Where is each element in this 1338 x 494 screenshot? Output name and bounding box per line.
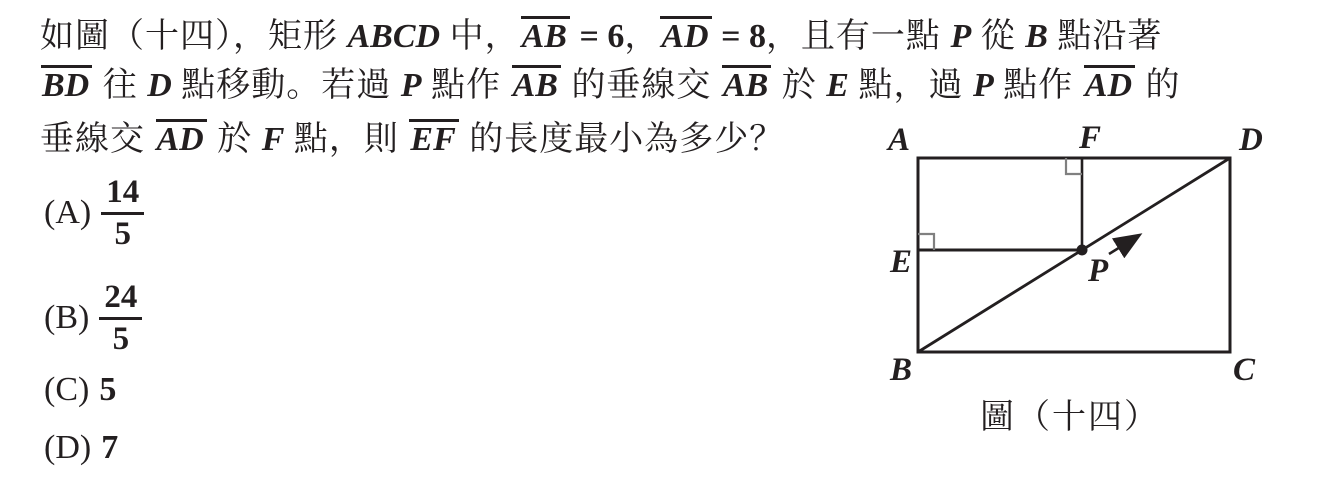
point-p	[1077, 245, 1088, 256]
text-run: ABCD	[348, 18, 441, 55]
text-run: =	[571, 18, 607, 55]
option-a-fraction: 14 5	[101, 176, 144, 251]
segment-notation: AB	[512, 65, 561, 104]
text-run: 8	[749, 18, 766, 55]
fraction-numerator: 24	[99, 281, 142, 317]
text-run: P	[973, 67, 994, 104]
text-run: 於	[772, 67, 826, 104]
diagonal-bd	[918, 158, 1230, 352]
text-run: ，	[624, 18, 659, 55]
problem-line-3: 垂線交 AD 於 F 點，則 EF 的長度最小為多少？	[40, 117, 784, 163]
vertex-label-p: P	[1087, 253, 1109, 289]
vertex-label-c: C	[1233, 352, 1256, 388]
figure-14: A F D E P B C 圖（十四）	[860, 120, 1338, 462]
vertex-label-e: E	[889, 244, 912, 280]
text-run: 的垂線交	[562, 67, 721, 104]
text-run: 點移動。若過	[172, 67, 401, 104]
problem-line-2: BD 往 D 點移動。若過 P 點作 AB 的垂線交 AB 於 E 點，過 P …	[40, 63, 1181, 109]
direction-arrow-icon	[1109, 236, 1138, 254]
figure-14-svg: A F D E P B C 圖（十四）	[860, 120, 1338, 462]
segment-notation: AD	[156, 119, 207, 158]
text-run: 從	[971, 18, 1025, 55]
text-run: E	[826, 67, 849, 104]
text-run: ，且有一點	[766, 18, 951, 55]
right-angle-mark-f	[1066, 158, 1082, 174]
text-run: F	[262, 121, 285, 158]
text-run: 6	[607, 18, 624, 55]
text-run: 點，過	[849, 67, 973, 104]
vertex-label-b: B	[889, 352, 912, 388]
figure-caption: 圖（十四）	[980, 398, 1160, 436]
option-a-label: (A)	[44, 194, 91, 232]
text-run: 往	[93, 67, 147, 104]
text-run: B	[1025, 18, 1048, 55]
option-c-value: 5	[99, 371, 116, 409]
segment-notation: EF	[409, 119, 458, 158]
option-b-fraction: 24 5	[99, 281, 142, 356]
segment-notation: AB	[722, 65, 771, 104]
vertex-label-a: A	[886, 122, 910, 158]
fraction-denominator: 5	[109, 215, 136, 251]
text-run: 於	[208, 121, 262, 158]
text-run: 垂線交	[40, 121, 155, 158]
vertex-label-d: D	[1238, 122, 1263, 158]
page: { "page": { "background": "#ffffff", "in…	[0, 0, 1338, 494]
text-run: 點沿著	[1048, 18, 1163, 55]
segment-notation: AB	[521, 16, 570, 55]
text-run: 點作	[422, 67, 511, 104]
segment-notation: BD	[41, 65, 92, 104]
text-run: 的長度最小為多少？	[460, 121, 785, 158]
option-b-label: (B)	[44, 299, 89, 337]
right-angle-mark-e	[918, 234, 934, 250]
text-run: D	[147, 67, 172, 104]
segment-notation: AD	[660, 16, 711, 55]
text-run: 的	[1136, 67, 1181, 104]
option-d-label: (D)	[44, 429, 91, 467]
text-run: 點，則	[284, 121, 408, 158]
text-run: 點作	[994, 67, 1083, 104]
text-run: P	[401, 67, 422, 104]
text-run: P	[950, 18, 971, 55]
option-c: (C) 5	[44, 368, 116, 412]
segment-notation: AD	[1084, 65, 1135, 104]
option-a: (A) 14 5	[44, 178, 144, 248]
option-b: (B) 24 5	[44, 283, 142, 353]
text-run: 如圖（十四），矩形	[40, 18, 348, 55]
option-d: (D) 7	[44, 426, 118, 470]
option-d-value: 7	[101, 429, 118, 467]
fraction-denominator: 5	[108, 320, 135, 356]
text-run: 中，	[440, 18, 520, 55]
problem-line-1: 如圖（十四），矩形 ABCD 中，AB = 6，AD = 8，且有一點 P 從 …	[40, 14, 1162, 60]
option-c-label: (C)	[44, 371, 89, 409]
fraction-numerator: 14	[101, 176, 144, 212]
vertex-label-f: F	[1078, 120, 1101, 156]
text-run: =	[713, 18, 749, 55]
